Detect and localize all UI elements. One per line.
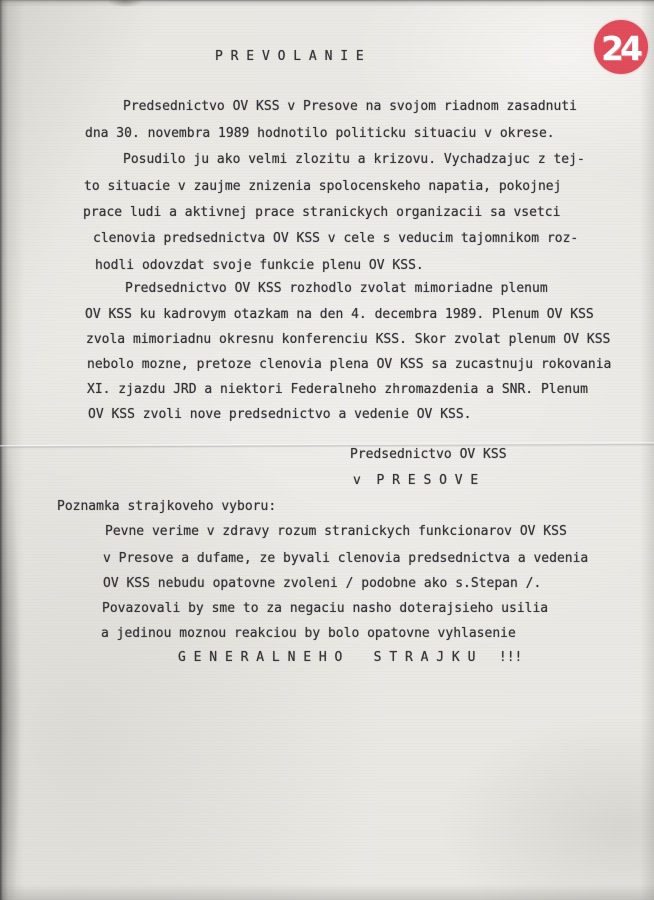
doc-line: to situacie v zaujme znizenia spolocensk… [84,179,561,194]
tv-24-logo-badge: 24 [594,20,648,74]
doc-line: dna 30. novembra 1989 hodnotilo politick… [85,126,555,141]
note-line: Povazovali by sme to za negaciu nasho do… [102,601,548,616]
doc-line: hodli odovzdat svoje funkcie plenu OV KS… [95,258,424,273]
tv-24-logo-text: 24 [601,27,641,68]
note-line: v Presove a dufame, ze byvali clenovia p… [103,551,588,566]
note-line: a jedinou moznou reakciou by bolo opatov… [101,626,516,641]
note-heading: Poznamka strajkoveho vyboru: [57,499,276,514]
document-title: P R E V O L A N I E [215,49,364,64]
scanned-page: P R E V O L A N I E Predsednictvo OV KSS… [0,0,654,900]
note-line: Pevne verime v zdravy rozum stranickych … [105,524,567,539]
doc-line: OV KSS ku kadrovym otazkam na den 4. dec… [85,307,594,322]
doc-line: XI. zjazdu JRD a niektori Federalneho zh… [87,382,588,397]
closing-line: G E N E R A L N E H O S T R A J K U !!! [178,650,522,665]
doc-line: OV KSS zvoli nove predsednictvo a vedeni… [88,407,472,422]
paper-smudge [108,0,142,7]
doc-line: zvola mimoriadnu okresnu konferenciu KSS… [86,332,610,347]
doc-line: nebolo mozne, pretoze clenovia plena OV … [87,357,611,372]
doc-line: Predsednictvo OV KSS rozhodlo zvolat mim… [125,281,548,296]
doc-line: Posudilo ju ako velmi zlozitu a krizovu.… [123,152,585,167]
doc-line: Predsednictvo OV KSS v Presove na svojom… [123,99,577,114]
signature-line-1: Predsednictvo OV KSS [350,447,507,462]
paper-fold-crease [0,442,654,449]
doc-line: prace ludi a aktivnej prace stranickych … [83,205,560,220]
signature-line-2: v P R E S O V E [353,473,478,488]
doc-line: clenovia predsednictva OV KSS v cele s v… [93,231,578,246]
note-line: OV KSS nebudu opatovne zvoleni / podobne… [103,576,541,591]
